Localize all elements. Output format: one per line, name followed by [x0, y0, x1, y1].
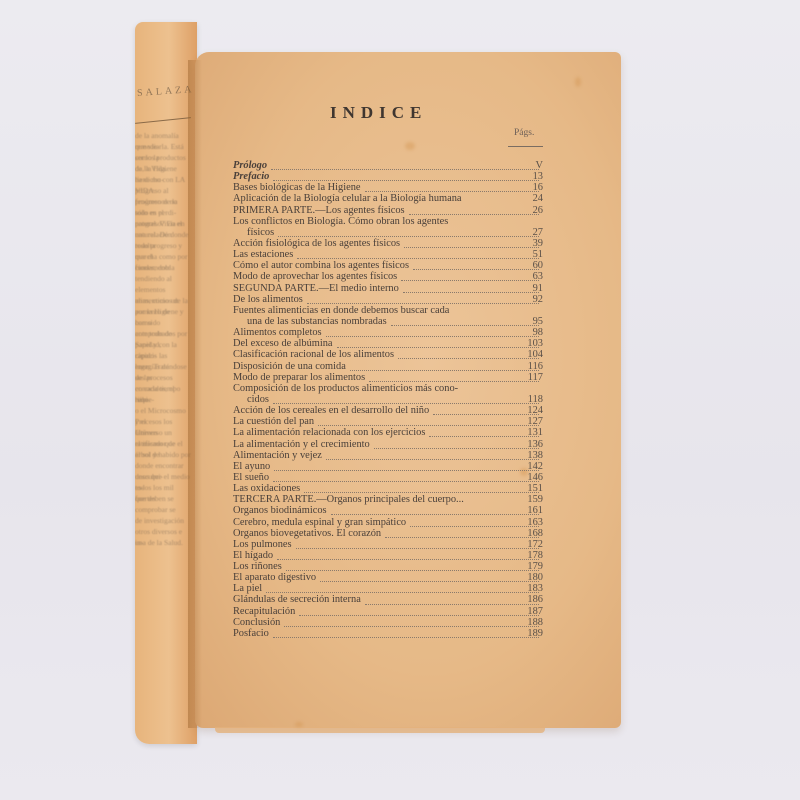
toc-entry: Los riñones179	[233, 561, 543, 572]
left-page-text-line: papel y con la capaci-	[135, 339, 191, 350]
left-page-text-line: ha dicho con LA VIDA.	[135, 174, 191, 185]
toc-entry: Alimentos completos98	[233, 327, 543, 338]
toc-entry-label: La alimentación relacionada con los ejer…	[233, 427, 425, 438]
toc-entry-page-number: 26	[517, 205, 543, 216]
toc-entry-page-number: 103	[517, 338, 543, 349]
dot-leader	[385, 534, 539, 538]
toc-entry: Conclusión188	[233, 617, 543, 628]
toc-entry: una de las substancias nombradas95	[233, 316, 543, 327]
left-page-text-line: donde encontrar descubri-	[135, 460, 191, 471]
toc-entry-page-number: 188	[517, 617, 543, 628]
dot-leader	[350, 367, 539, 371]
toc-entry-page-number: 142	[517, 461, 543, 472]
toc-entry-page-number: 16	[517, 182, 543, 193]
left-page-text-line: da, la Higiene tiene mu-	[135, 163, 191, 174]
toc-entry-page-number: 146	[517, 472, 543, 483]
toc-entry: Modo de preparar los alimentos117	[233, 372, 543, 383]
toc-entry-page-number: 168	[517, 528, 543, 539]
toc-entry-label: Alimentos completos	[233, 327, 322, 338]
left-page-text-line: han sido comprobados por	[135, 317, 191, 328]
toc-entry: Las estaciones51	[233, 249, 543, 260]
toc-entry-page-number: 189	[517, 628, 543, 639]
toc-entry-label: Cerebro, medula espinal y gran simpático	[233, 517, 406, 528]
toc-entry-label: Conclusión	[233, 617, 280, 628]
toc-entry-page-number: 92	[517, 294, 543, 305]
left-page-text-line: remediarla. Está como la	[135, 141, 191, 152]
toc-entry-page-number: 51	[517, 249, 543, 260]
toc-entry: La alimentación relacionada con los ejer…	[233, 427, 543, 438]
toc-entry-label: Las estaciones	[233, 249, 293, 260]
toc-entry-label: PRIMERA PARTE.—Los agentes físicos	[233, 205, 405, 216]
left-page-text-line: de la anomalía que vie-	[135, 130, 191, 141]
left-page-text-line: progreso al progreso de la	[135, 185, 191, 196]
dot-leader	[273, 400, 539, 404]
toc-entry: físicos27	[233, 227, 543, 238]
toc-entry: SEGUNDA PARTE.—El medio interno91	[233, 283, 543, 294]
dot-leader	[318, 422, 539, 426]
toc-entry: Composición de los productos alimenticio…	[233, 383, 543, 394]
toc-entry-page-number: 159	[517, 494, 543, 505]
toc-entry-page-number: 63	[517, 271, 543, 282]
toc-entry-label: físicos	[233, 227, 274, 238]
toc-entry-page-number: 180	[517, 572, 543, 583]
dot-leader	[337, 344, 539, 348]
toc-entry-label: Fuentes alimenticias en donde debemos bu…	[233, 305, 449, 316]
toc-entry-label: Disposición de una comida	[233, 361, 346, 372]
toc-entry-page-number: 131	[517, 427, 543, 438]
table-of-contents: PrólogoVPrefacio13Bases biológicas de la…	[233, 160, 543, 639]
toc-entry: La piel183	[233, 583, 543, 594]
pages-header-rule	[508, 146, 543, 147]
left-page-text-line: sólo en el progreso? En el	[135, 207, 191, 218]
toc-entry-label: Glándulas de secreción interna	[233, 594, 361, 605]
toc-entry-label: Los pulmones	[233, 539, 292, 550]
toc-entry: Del exceso de albúmina103	[233, 338, 543, 349]
left-page-text-line: natural. Vivía en una relación	[135, 218, 191, 229]
toc-entry: Acción de los cereales en el desarrollo …	[233, 405, 543, 416]
toc-entry: Alimentación y vejez138	[233, 450, 543, 461]
dot-leader	[286, 567, 539, 571]
toc-entry-page-number: 183	[517, 583, 543, 594]
toc-entry: Los pulmones172	[233, 539, 543, 550]
toc-entry-label: TERCERA PARTE.—Organos principales del c…	[233, 494, 464, 505]
left-page-text-line: que deben se	[135, 493, 191, 504]
toc-entry: El ayuno142	[233, 461, 543, 472]
dot-leader	[307, 300, 539, 304]
toc-entry: El aparato digestivo180	[233, 572, 543, 583]
toc-entry-label: Modo de aprovechar los agentes físicos	[233, 271, 397, 282]
toc-entry-label: Bases biológicas de la Higiene	[233, 182, 361, 193]
toc-entry-label: Los conflictos en Biología. Cómo obran l…	[233, 216, 448, 227]
toc-entry: Disposición de una comida116	[233, 361, 543, 372]
dot-leader	[369, 378, 539, 382]
toc-entry: Organos biodinámicos161	[233, 505, 543, 516]
pages-column-header: Págs.	[514, 128, 534, 138]
toc-entry-page-number: 151	[517, 483, 543, 494]
dot-leader	[326, 333, 539, 337]
dot-leader	[284, 623, 539, 627]
toc-entry-label: Organos biovegetativos. El corazón	[233, 528, 381, 539]
left-page-text-line: elementos alimenticios de la	[135, 284, 191, 295]
dot-leader	[296, 545, 539, 549]
toc-entry-page-number: V	[517, 160, 543, 171]
left-page-text-line: natural. De donde resulta	[135, 229, 191, 240]
left-page-text-line: Procesos los últimos	[135, 416, 191, 427]
toc-entry: Bases biológicas de la Higiene16	[233, 182, 543, 193]
toc-entry-page-number: 136	[517, 439, 543, 450]
toc-entry-page-number: 39	[517, 238, 543, 249]
toc-entry-page-number: 24	[517, 193, 543, 204]
toc-entry-label: Organos biodinámicos	[233, 505, 327, 516]
dot-leader	[326, 456, 539, 460]
dot-leader	[277, 556, 539, 560]
dot-leader	[299, 612, 539, 616]
toc-entry: TERCERA PARTE.—Organos principales del c…	[233, 494, 543, 505]
toc-entry-label: Las oxidaciones	[233, 483, 300, 494]
left-page-text-line: todos los mil fuertes	[135, 482, 191, 493]
toc-entry-page-number: 124	[517, 405, 543, 416]
toc-entry: Modo de aprovechar los agentes físicos63	[233, 271, 543, 282]
toc-entry-label: Posfacio	[233, 628, 269, 639]
dot-leader	[365, 188, 539, 192]
page-bottom-edge	[215, 727, 545, 733]
left-page-text-line: marcha como por fundamento	[135, 251, 191, 262]
dot-leader	[462, 389, 539, 392]
dot-leader	[331, 511, 539, 515]
toc-entry-page-number: 116	[517, 361, 543, 372]
toc-entry-page-number: 187	[517, 606, 543, 617]
toc-entry-page-number: 117	[517, 372, 543, 383]
paper-stain	[295, 722, 303, 727]
toc-entry-label: Los riñones	[233, 561, 282, 572]
toc-entry-page-number: 95	[517, 316, 543, 327]
toc-entry-label: Acción fisiológica de los agentes físico…	[233, 238, 400, 249]
dot-leader	[452, 222, 539, 225]
toc-entry-page-number: 127	[517, 416, 543, 427]
dot-leader	[297, 255, 539, 259]
left-page-text-line: ser los productos de la Vida.	[135, 152, 191, 163]
toc-entry-label: Modo de preparar los alimentos	[233, 372, 365, 383]
toc-entry-page-number: 138	[517, 450, 543, 461]
toc-entry-page-number: 179	[517, 561, 543, 572]
dot-leader	[453, 311, 539, 314]
toc-entry: Cerebro, medula espinal y gran simpático…	[233, 517, 543, 528]
toc-entry-page-number: 13	[517, 171, 543, 182]
left-page-text-line: Universo un ratificador de	[135, 427, 191, 438]
toc-entry-label: El aparato digestivo	[233, 572, 316, 583]
dot-leader	[273, 478, 539, 482]
toc-entry: cidos118	[233, 394, 543, 405]
left-page-text-line: ciones, dobla tendiendo al	[135, 262, 191, 273]
dot-leader	[374, 445, 539, 449]
left-page-text-line: o el Microcosmo y el	[135, 405, 191, 416]
left-page-text-line: rápidos las energías de	[135, 350, 191, 361]
left-page-text-line: el mismo que el árbol de	[135, 438, 191, 449]
left-page-text-line: una de la Salud.	[135, 537, 191, 548]
left-page-header-rule	[135, 117, 191, 124]
left-page-text-line: lugar. Tratándose de las	[135, 361, 191, 372]
toc-entry-label: Composición de los productos alimenticio…	[233, 383, 458, 394]
dot-leader	[278, 233, 539, 237]
toc-entry-label: El ayuno	[233, 461, 270, 472]
toc-entry: La cuestión del pan127	[233, 416, 543, 427]
paper-stain	[575, 77, 581, 87]
toc-entry-label: Clasificación racional de los alimentos	[233, 349, 394, 360]
dot-leader	[273, 177, 539, 181]
dot-leader	[304, 489, 539, 493]
toc-entry-label: De los alimentos	[233, 294, 303, 305]
toc-entry-label: SEGUNDA PARTE.—El medio interno	[233, 283, 399, 294]
toc-entry-page-number: 104	[517, 349, 543, 360]
toc-entry-page-number: 163	[517, 517, 543, 528]
toc-entry-label: una de las substancias nombradas	[233, 316, 387, 327]
toc-entry: Posfacio189	[233, 628, 543, 639]
toc-entry: Fuentes alimenticias en donde debemos bu…	[233, 305, 543, 316]
left-page-text-line: por la Higiene y como	[135, 306, 191, 317]
toc-entry: Cómo el autor combina los agentes físico…	[233, 260, 543, 271]
dot-leader	[273, 634, 539, 638]
toc-entry: La alimentación y el crecimiento136	[233, 439, 543, 450]
toc-entry-label: Prefacio	[233, 171, 269, 182]
toc-entry: Recapitulación187	[233, 606, 543, 617]
left-page-text-line: fenómenos no todo es perdi-	[135, 196, 191, 207]
toc-entry: Glándulas de secreción interna186	[233, 594, 543, 605]
toc-entry: De los alimentos92	[233, 294, 543, 305]
toc-entry-label: La piel	[233, 583, 262, 594]
index-title: INDICE	[330, 103, 427, 123]
toc-entry-page-number: 27	[517, 227, 543, 238]
dot-leader	[266, 589, 539, 593]
toc-entry-label: La alimentación y el crecimiento	[233, 439, 370, 450]
toc-entry: PrólogoV	[233, 160, 543, 171]
toc-entry-page-number: 161	[517, 505, 543, 516]
dot-leader	[271, 166, 539, 170]
spine-shadow	[188, 60, 202, 728]
left-page-text-line: comprobar se	[135, 504, 191, 515]
left-page-running-head: SALAZA	[137, 84, 195, 99]
toc-entry-label: Del exceso de albúmina	[233, 338, 333, 349]
toc-entry-page-number: 172	[517, 539, 543, 550]
left-page-text-line: todo progreso y que el	[135, 240, 191, 251]
left-page-text-line: otros diversos e in-	[135, 526, 191, 537]
toc-entry-page-number: 60	[517, 260, 543, 271]
toc-entry: Clasificación racional de los alimentos1…	[233, 349, 543, 360]
toc-entry-label: Alimentación y vejez	[233, 450, 322, 461]
dot-leader	[320, 578, 539, 582]
paper-stain	[405, 142, 415, 150]
toc-entry-page-number: 178	[517, 550, 543, 561]
left-page-text-line: sus procesos conocidos, el hábi-	[135, 372, 191, 383]
toc-entry: Las oxidaciones151	[233, 483, 543, 494]
toc-entry-label: Prólogo	[233, 160, 267, 171]
toc-entry-label: Cómo el autor combina los agentes físico…	[233, 260, 409, 271]
toc-entry-label: cidos	[233, 394, 269, 405]
toc-entry-page-number: 118	[517, 394, 543, 405]
left-page-text-line: de investigación	[135, 515, 191, 526]
toc-entry-label: Aplicación de la Biología celular a la B…	[233, 193, 462, 204]
toc-entry-label: El sueño	[233, 472, 269, 483]
toc-entry: Los conflictos en Biología. Cómo obran l…	[233, 216, 543, 227]
toc-entry-label: La cuestión del pan	[233, 416, 314, 427]
left-page-text-line: unos que el medio es-	[135, 471, 191, 482]
toc-entry-label: Acción de los cereales en el desarrollo …	[233, 405, 429, 416]
toc-entry-page-number: 186	[517, 594, 543, 605]
toc-entry: Acción fisiológica de los agentes físico…	[233, 238, 543, 249]
toc-entry-page-number: 91	[517, 283, 543, 294]
toc-entry: Aplicación de la Biología celular a la B…	[233, 193, 543, 204]
toc-entry: El hígado178	[233, 550, 543, 561]
dot-leader	[365, 601, 539, 605]
toc-entry-label: Recapitulación	[233, 606, 295, 617]
left-page-text-line: en cada tiempo reque-	[135, 383, 191, 394]
left-page-text-line: rirse.	[135, 394, 191, 405]
toc-entry-page-number: 98	[517, 327, 543, 338]
left-page-body-text: de la anomalía que vie-remediarla. Está …	[135, 130, 191, 548]
dot-leader	[274, 467, 539, 471]
toc-entry: Organos biovegetativos. El corazón168	[233, 528, 543, 539]
left-page-text-line: el sol y habido por	[135, 449, 191, 460]
toc-entry: El sueño146	[233, 472, 543, 483]
toc-entry-label: El hígado	[233, 550, 273, 561]
toc-entry: Prefacio13	[233, 171, 543, 182]
toc-entry: PRIMERA PARTE.—Los agentes físicos26	[233, 205, 543, 216]
